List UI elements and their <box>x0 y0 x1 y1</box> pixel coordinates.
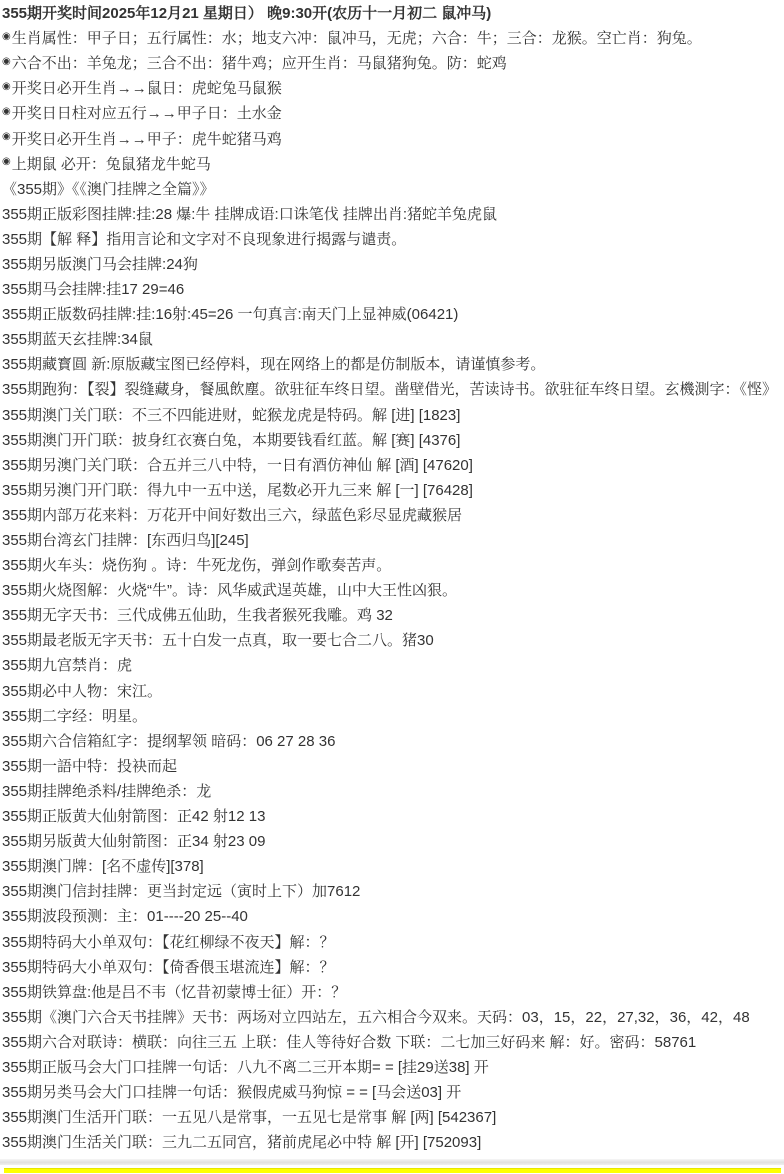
tip-line-text: 355期【解 释】指用言论和文字对不良现象进行揭露与谴责。 <box>2 228 406 249</box>
section-divider <box>0 1159 784 1165</box>
tip-line-text: 六合不出：羊兔龙；三合不出：猪牛鸡；应开生肖：马鼠猪狗兔。防：蛇鸡 <box>12 52 507 73</box>
tip-line-text: 开奖日日柱对应五行→→甲子日：土水金 <box>12 102 282 123</box>
bullet-icon: ◉ <box>2 32 11 42</box>
tip-line: ◉ 开奖日必开生肖→→甲子：虎牛蛇猪马鸡 <box>2 125 784 150</box>
tip-line: 355期火烧图解：火烧“牛”。诗：风华威武逞英雄，山中大王性凶狠。 <box>2 577 784 602</box>
tip-line: 355期铁算盘:他是吕不韦（忆昔初蒙博士征）开：？ <box>2 979 784 1004</box>
tip-line: 355期六合对联诗：横联：向往三五 上联：佳人等待好合数 下联：二七加三好码来 … <box>2 1029 784 1054</box>
bullet-icon: ◉ <box>2 107 11 117</box>
tips-list: 355期开奖时间2025年12月21 星期日） 晚9:30开(农历十一月初二 鼠… <box>0 0 784 1154</box>
tip-line: 355期二字经：明星。 <box>2 703 784 728</box>
highlight-bar <box>4 1168 781 1173</box>
tip-line-text: 355期火烧图解：火烧“牛”。诗：风华威武逞英雄，山中大王性凶狠。 <box>2 579 457 600</box>
tip-line: ◉ 开奖日必开生肖→→鼠日：虎蛇兔马鼠猴 <box>2 75 784 100</box>
tip-line: 《355期》《《澳门挂牌之全篇》》 <box>2 176 784 201</box>
tip-line: ◉ 开奖日日柱对应五行→→甲子日：土水金 <box>2 100 784 125</box>
tip-line: 355期《澳门六合天书挂牌》天书：两场对立四站左，五六相合今双来。天码：03，1… <box>2 1004 784 1029</box>
tip-line: ◉ 生肖属性：甲子日；五行属性：水；地支六冲：鼠冲马，无虎；六合：牛；三合：龙猴… <box>2 25 784 50</box>
tip-line: 355期六合信箱紅字：提纲挈领 暗码：06 27 28 36 <box>2 728 784 753</box>
tip-line: 355期马会挂牌:挂17 29=46 <box>2 276 784 301</box>
tip-line: 355期另版澳门马会挂牌:24狗 <box>2 251 784 276</box>
tip-line-text: 355期《澳门六合天书挂牌》天书：两场对立四站左，五六相合今双来。天码：03，1… <box>2 1006 750 1027</box>
tip-line-text: 355期蓝天玄挂牌:34鼠 <box>2 328 153 349</box>
tip-line: 355期另类马会大门口挂牌一句话：猴假虎威马狗惊 = = [马会送03] 开 <box>2 1079 784 1104</box>
bullet-icon: ◉ <box>2 132 11 142</box>
tip-line: 355期澳门开门联：披身红衣赛白兔，本期要钱看红蓝。解 [赛] [4376] <box>2 427 784 452</box>
tip-line-text: 355期二字经：明星。 <box>2 705 147 726</box>
tip-line-text: 355期澳门开门联：披身红衣赛白兔，本期要钱看红蓝。解 [赛] [4376] <box>2 429 460 450</box>
lottery-tips-page: 355期开奖时间2025年12月21 星期日） 晚9:30开(农历十一月初二 鼠… <box>0 0 784 1174</box>
tip-line-text: 355期六合信箱紅字：提纲挈领 暗码：06 27 28 36 <box>2 730 335 751</box>
tip-line-text: 355期正版彩图挂牌:挂:28 爆:牛 挂牌成语:口诛笔伐 挂牌出肖:猪蛇羊兔虎… <box>2 203 497 224</box>
tip-line: 355期台湾玄门挂牌：[东西归鸟][245] <box>2 527 784 552</box>
tip-line-text: 355期正版黄大仙射箭图：正42 射12 13 <box>2 805 265 826</box>
tip-line: 355期澳门牌：[名不虚传][378] <box>2 853 784 878</box>
tip-line-text: 355期另澳门开门联：得九中一五中送，尾数必开九三来 解 [一] [76428] <box>2 479 473 500</box>
tip-line-text: 355期无字天书：三代成佛五仙助，生我者猴死我雕。鸡 32 <box>2 604 393 625</box>
tip-line-text: 355期澳门关门联：不三不四能进财，蛇猴龙虎是特码。解 [进] [1823] <box>2 404 460 425</box>
tip-line: 355期正版马会大门口挂牌一句话：八九不离二三开本期= = [挂29送38] 开 <box>2 1054 784 1079</box>
tip-line-text: 355期九宫禁肖：虎 <box>2 654 132 675</box>
tip-line: 355期最老版无字天书：五十白发一点真，取一要七合二八。猪30 <box>2 627 784 652</box>
tip-line-text: 355期挂牌绝杀料/挂牌绝杀：龙 <box>2 780 211 801</box>
tip-line: 355期正版数码挂牌:挂:16射:45=26 一句真言:南天门上显神威(0642… <box>2 301 784 326</box>
tip-line: 355期另澳门关门联：合五并三八中特，一日有酒仿神仙 解 [酒] [47620] <box>2 452 784 477</box>
tip-line-text: 355期必中人物：宋江。 <box>2 680 162 701</box>
tip-line: 355期九宫禁肖：虎 <box>2 652 784 677</box>
tip-line-text: 355期台湾玄门挂牌：[东西归鸟][245] <box>2 529 249 550</box>
tip-line: 355期必中人物：宋江。 <box>2 678 784 703</box>
tip-line-text: 开奖日必开生肖→→鼠日：虎蛇兔马鼠猴 <box>12 77 282 98</box>
tip-line-text: 355期另版澳门马会挂牌:24狗 <box>2 253 198 274</box>
tip-line-text: 355期另类马会大门口挂牌一句话：猴假虎威马狗惊 = = [马会送03] 开 <box>2 1081 461 1102</box>
tip-line: 355期澳门生活开门联：一五见八是常事，一五见七是常事 解 [两] [54236… <box>2 1104 784 1129</box>
tip-line-text: 355期澳门生活开门联：一五见八是常事，一五见七是常事 解 [两] [54236… <box>2 1106 496 1127</box>
tip-line: 355期正版黄大仙射箭图：正42 射12 13 <box>2 803 784 828</box>
tip-line: 355期澳门信封挂牌：更当封定远（寅时上下）加7612 <box>2 878 784 903</box>
tip-line: 355期藏寳圓 新:原版藏宝图已经停料，现在网络上的都是仿制版本，请谨慎参考。 <box>2 351 784 376</box>
tip-line: ◉ 六合不出：羊兔龙；三合不出：猪牛鸡；应开生肖：马鼠猪狗兔。防：蛇鸡 <box>2 50 784 75</box>
tip-line-text: 355期火车头：烧伤狗 。诗：牛死龙伤，弹剑作歌奏苦声。 <box>2 554 391 575</box>
tip-line: 355期无字天书：三代成佛五仙助，生我者猴死我雕。鸡 32 <box>2 602 784 627</box>
tip-line-text: 355期内部万花来料：万花开中间好数出三六，绿蓝色彩尽显虎藏猴居 <box>2 504 462 525</box>
tip-line-text: 355期六合对联诗：横联：向往三五 上联：佳人等待好合数 下联：二七加三好码来 … <box>2 1031 696 1052</box>
tip-line-text: 355期澳门牌：[名不虚传][378] <box>2 855 204 876</box>
tip-line: 355期特码大小单双句：【倚香偎玉堪流连】解：？ <box>2 954 784 979</box>
tip-line: 355期跑狗：【裂】裂缝藏身，餐風飲塵。欲驻征车终日望。凿壁借光，苦读诗书。欲驻… <box>2 376 784 401</box>
tip-line-text: 355期马会挂牌:挂17 29=46 <box>2 278 184 299</box>
tip-line: 355期特码大小单双句：【花红柳绿不夜天】解：？ <box>2 928 784 953</box>
tip-line: 355期澳门关门联：不三不四能进财，蛇猴龙虎是特码。解 [进] [1823] <box>2 402 784 427</box>
tip-line: 355期波段预测：主：01----20 25--40 <box>2 903 784 928</box>
tip-line-text: 355期澳门生活关门联：三九二五同宫，猪前虎尾必中特 解 [开] [752093… <box>2 1131 481 1152</box>
tip-line: 355期火车头：烧伤狗 。诗：牛死龙伤，弹剑作歌奏苦声。 <box>2 552 784 577</box>
tip-line: ◉ 上期鼠 必开：兔鼠猪龙牛蛇马 <box>2 151 784 176</box>
tip-line-text: 355期铁算盘:他是吕不韦（忆昔初蒙博士征）开：？ <box>2 981 346 1002</box>
tip-line-text: 355期跑狗：【裂】裂缝藏身，餐風飲塵。欲驻征车终日望。凿壁借光，苦读诗书。欲驻… <box>2 378 777 399</box>
tip-line: 355期【解 释】指用言论和文字对不良现象进行揭露与谴责。 <box>2 226 784 251</box>
tip-line-text: 355期一語中特：投袂而起 <box>2 755 177 776</box>
tip-line-text: 《355期》《《澳门挂牌之全篇》》 <box>2 178 215 199</box>
tip-line: 355期蓝天玄挂牌:34鼠 <box>2 326 784 351</box>
tip-line-text: 355期波段预测：主：01----20 25--40 <box>2 905 248 926</box>
tip-line: 355期正版彩图挂牌:挂:28 爆:牛 挂牌成语:口诛笔伐 挂牌出肖:猪蛇羊兔虎… <box>2 201 784 226</box>
tip-line: 355期另版黄大仙射箭图：正34 射23 09 <box>2 828 784 853</box>
bullet-icon: ◉ <box>2 157 11 167</box>
tip-line: 355期挂牌绝杀料/挂牌绝杀：龙 <box>2 778 784 803</box>
tip-line: 355期内部万花来料：万花开中间好数出三六，绿蓝色彩尽显虎藏猴居 <box>2 502 784 527</box>
tip-line-text: 355期正版马会大门口挂牌一句话：八九不离二三开本期= = [挂29送38] 开 <box>2 1056 489 1077</box>
bullet-icon: ◉ <box>2 57 11 67</box>
bullet-icon: ◉ <box>2 82 11 92</box>
tip-line: 355期开奖时间2025年12月21 星期日） 晚9:30开(农历十一月初二 鼠… <box>2 0 784 25</box>
tip-line-text: 355期藏寳圓 新:原版藏宝图已经停料，现在网络上的都是仿制版本，请谨慎参考。 <box>2 353 545 374</box>
tip-line-text: 开奖日必开生肖→→甲子：虎牛蛇猪马鸡 <box>12 128 282 149</box>
tip-line-text: 355期最老版无字天书：五十白发一点真，取一要七合二八。猪30 <box>2 629 434 650</box>
tip-line-text: 355期开奖时间2025年12月21 星期日） 晚9:30开(农历十一月初二 鼠… <box>2 2 491 23</box>
tip-line-text: 355期另版黄大仙射箭图：正34 射23 09 <box>2 830 265 851</box>
tip-line-text: 上期鼠 必开：兔鼠猪龙牛蛇马 <box>12 153 211 174</box>
tip-line-text: 355期澳门信封挂牌：更当封定远（寅时上下）加7612 <box>2 880 360 901</box>
tip-line-text: 355期正版数码挂牌:挂:16射:45=26 一句真言:南天门上显神威(0642… <box>2 303 458 324</box>
tip-line-text: 355期另澳门关门联：合五并三八中特，一日有酒仿神仙 解 [酒] [47620] <box>2 454 473 475</box>
tip-line: 355期一語中特：投袂而起 <box>2 753 784 778</box>
tip-line: 355期澳门生活关门联：三九二五同宫，猪前虎尾必中特 解 [开] [752093… <box>2 1129 784 1154</box>
tip-line-text: 生肖属性：甲子日；五行属性：水；地支六冲：鼠冲马，无虎；六合：牛；三合：龙猴。空… <box>12 27 702 48</box>
tip-line: 355期另澳门开门联：得九中一五中送，尾数必开九三来 解 [一] [76428] <box>2 477 784 502</box>
tip-line-text: 355期特码大小单双句：【花红柳绿不夜天】解：？ <box>2 931 335 952</box>
tip-line-text: 355期特码大小单双句：【倚香偎玉堪流连】解：？ <box>2 956 335 977</box>
